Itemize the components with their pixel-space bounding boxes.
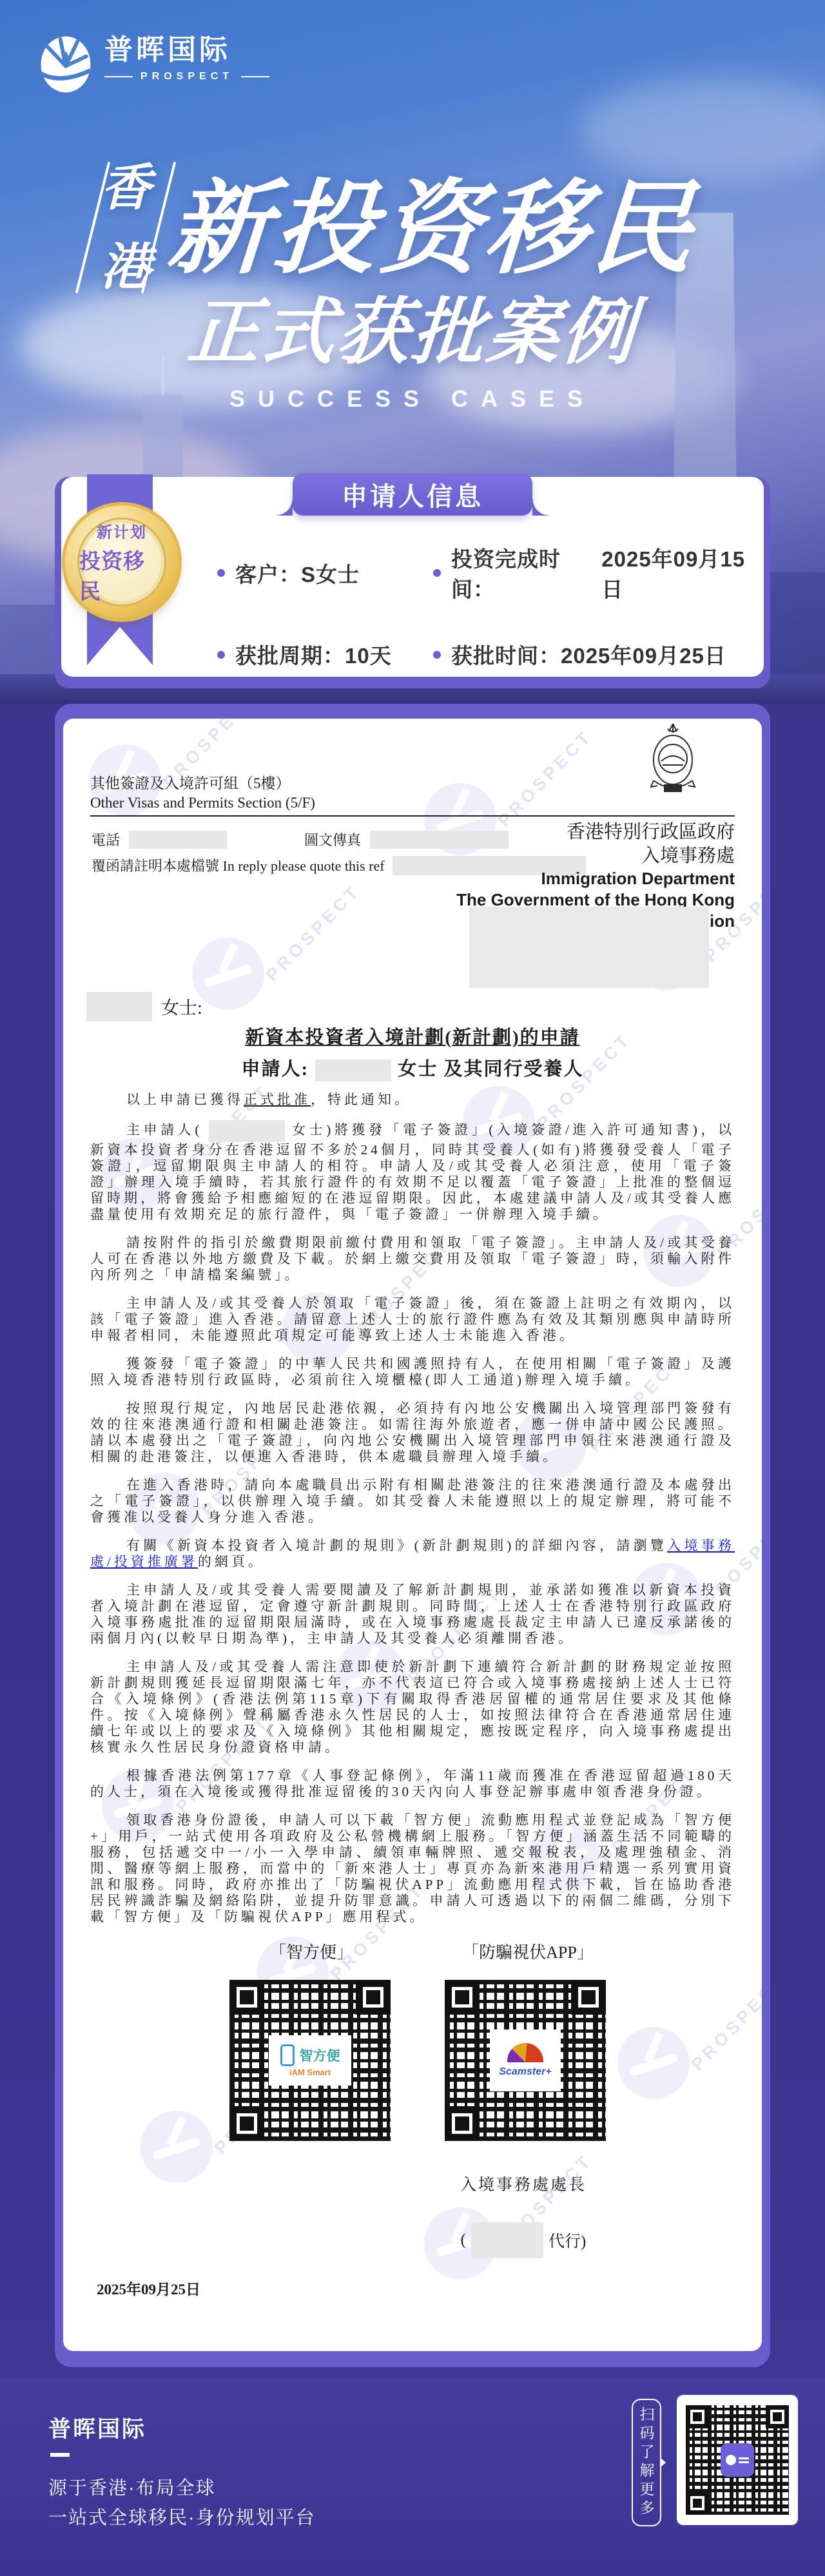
scameter-name: Scamster+ xyxy=(499,2066,551,2078)
paragraph-id-card: 根據香港法例第177章《人事登記條例》，年滿11歲而獲准在香港逗留超過180天的… xyxy=(90,1768,735,1800)
paragraph-validity: 主申請人及/或其受養人於領取「電子簽證」後，須在簽證上註明之有效期內，以該「電子… xyxy=(90,1295,735,1344)
info-card-header: 申请人信息 xyxy=(293,473,532,516)
bullet-icon xyxy=(433,651,441,659)
redacted-signature xyxy=(471,2222,543,2258)
field-value: 10天 xyxy=(345,639,392,670)
gold-medal-badge: 新计划 投资移民 xyxy=(65,505,179,619)
qr-code-labels: 「智方便」 「防騙視伏APP」 xyxy=(90,1939,735,1963)
hero-title-line2: 正式获批案例 xyxy=(0,275,825,378)
badge-line1: 新计划 xyxy=(97,519,147,542)
hero-title-line1: 新投资移民 xyxy=(164,147,767,293)
paragraph-evisa: 主申請人(女士)將獲發「電子簽證」(入境簽證/進入許可通知書)，以新資本投資者身… xyxy=(90,1120,735,1223)
footer-qr-code xyxy=(686,2405,789,2515)
gov-name-cn: 香港特別行政區政府 xyxy=(456,820,735,844)
brand-name: 普晖国际 xyxy=(104,35,269,66)
pp-close: 代行) xyxy=(548,2229,586,2252)
field-investment-date: 投资完成时间： 2025年09月15日 xyxy=(433,543,764,603)
redacted-recipient-address xyxy=(469,907,709,988)
approval-letter-document: PROSPECT PROSPECT PROSPECT PROSPECT PROS… xyxy=(63,719,762,2351)
field-label: 客户： xyxy=(235,558,301,588)
brand-name-en: PROSPECT xyxy=(141,71,233,82)
field-client: 客户： S女士 xyxy=(217,543,433,603)
letterhead-rule xyxy=(90,815,735,817)
section-name-en: Other Visas and Permits Section (5/F) xyxy=(90,793,315,813)
applicant-info-section: 申请人信息 新计划 投资移民 客户： S女士 投资完成时间： 2025年09月1… xyxy=(55,477,770,688)
ref-label: 覆函請註明本處檔號 In reply please quote this ref xyxy=(92,855,385,875)
dept-name-cn: 入境事務處 xyxy=(456,844,735,868)
letter-panel-backing: PROSPECT PROSPECT PROSPECT PROSPECT PROS… xyxy=(55,704,770,2367)
bullet-icon xyxy=(433,569,441,577)
brand-logo: 普晖国际 PROSPECT xyxy=(39,35,269,94)
field-value: S女士 xyxy=(301,558,360,588)
applicant-fields: 客户： S女士 投资完成时间： 2025年09月15日 获批周期： 10天 获批… xyxy=(217,543,764,670)
pp-open: ( xyxy=(461,2231,466,2249)
qr-code-row: 智方便 iAM Smart Scamster+ xyxy=(90,1980,735,2141)
signer-title: 入境事務處處長 xyxy=(420,2172,626,2195)
field-approval-period: 获批周期： 10天 xyxy=(217,639,433,670)
paragraph-mainland-permit: 按照現行規定，內地居民赴港依親，必須持有內地公安機關出入境管理部門簽發有效的往來… xyxy=(90,1400,735,1465)
redacted-applicant-name xyxy=(315,1060,391,1081)
footer-qr-logo xyxy=(721,2443,754,2477)
paragraph-iamsmart: 領取香港身份證後，申請人可以下載「智方便」流動應用程式並登記成為「智方便+」用戶… xyxy=(90,1812,735,1925)
section-name-cn: 其他簽證及入境許可組（5樓） xyxy=(90,774,315,793)
iamsmart-label: 「智方便」 xyxy=(231,1939,392,1963)
scameter-qr-code: Scamster+ xyxy=(445,1980,606,2141)
divider xyxy=(241,76,269,77)
footer: 普晖国际 源于香港·布局全球 一站式全球移民·身份规划平台 扫码了解更多 xyxy=(0,2378,825,2576)
applicant-line: 申請人:女士 及其同行受養人 xyxy=(90,1054,735,1081)
letter-section: PROSPECT PROSPECT PROSPECT PROSPECT PROS… xyxy=(0,704,825,2378)
iamsmart-cn: 智方便 xyxy=(300,2046,340,2065)
field-label: 获批时间： xyxy=(451,639,561,670)
gauge-icon xyxy=(507,2043,543,2062)
badge-line2: 投资移民 xyxy=(79,545,164,605)
field-value: 2025年09月15日 xyxy=(601,543,764,603)
scameter-logo: Scamster+ xyxy=(490,2029,561,2091)
redacted-recipient-name xyxy=(86,992,152,1022)
bullet-icon xyxy=(217,569,225,577)
phone-icon xyxy=(280,2044,295,2066)
paragraph-payment: 請按附件的指引於繳費期限前繳付費用和領取「電子簽證」。主申請人及/或其受養人可在… xyxy=(90,1235,735,1283)
paragraph-approval: 以上申請已獲得正式批准，特此通知。 xyxy=(90,1092,735,1108)
footer-qr-card xyxy=(677,2395,798,2525)
fax-label: 圖文傳真 xyxy=(304,829,361,849)
paragraph-prc-passport: 獲簽發「電子簽證」的中華人民共和國護照持有人，在使用相關「電子簽證」及護照入境香… xyxy=(90,1356,735,1388)
signature-block: 入境事務處處長 ( 代行) xyxy=(420,2172,626,2258)
letter-subject: 新資本投資者入境計劃(新計劃)的申請 xyxy=(90,1023,735,1049)
iamsmart-qr-code: 智方便 iAM Smart xyxy=(229,1980,391,2141)
footer-tagline-1: 源于香港·布局全球 xyxy=(48,2474,216,2500)
letterhead: 其他簽證及入境許可組（5樓） Other Visas and Permits S… xyxy=(90,719,735,1023)
brand-logo-icon xyxy=(39,35,93,94)
field-approval-date: 获批时间： 2025年09月25日 xyxy=(433,639,764,670)
field-value: 2025年09月25日 xyxy=(561,639,726,670)
brand-dot-icon xyxy=(726,2455,736,2465)
scan-hint-text: 扫码了解更多 xyxy=(636,2407,657,2519)
footer-divider xyxy=(50,2453,70,2457)
field-label: 获批周期： xyxy=(235,639,345,670)
hero-subtitle: SUCCESS CASES xyxy=(0,385,825,412)
applicant-info-card: 申请人信息 新计划 投资移民 客户： S女士 投资完成时间： 2025年09月1… xyxy=(61,477,764,677)
paragraph-undertaking: 主申請人及/或其受養人需要閱讀及了解新計劃規則，並承諾如獲准以新資本投資者入境計… xyxy=(90,1582,735,1647)
scan-hint-bubble: 扫码了解更多 xyxy=(632,2399,661,2526)
paragraph-permanent-residency: 主申請人及/或其受養人需注意即使於新計劃下連續符合新計劃的財務規定並按照新計劃規… xyxy=(90,1659,735,1756)
field-label: 投资完成时间： xyxy=(451,543,601,603)
immigration-department-emblem xyxy=(645,722,701,801)
letter-date: 2025年09月25日 xyxy=(90,2278,735,2299)
paragraph-entry: 在進入香港時，請向本處職員出示附有相關赴港簽注的往來港澳通行證及本處發出之「電子… xyxy=(90,1477,735,1525)
applicant-label: 申請人: xyxy=(242,1059,309,1080)
dept-name-en: Immigration Department xyxy=(456,868,735,889)
bullet-icon xyxy=(217,651,225,659)
footer-brand: 普晖国际 xyxy=(48,2412,146,2444)
scameter-label: 「防騙視伏APP」 xyxy=(447,1939,608,1963)
iamsmart-en: iAM Smart xyxy=(289,2068,331,2077)
divider xyxy=(104,76,133,77)
phone-label: 電話 xyxy=(92,829,120,849)
applicant-suffix: 女士 及其同行受養人 xyxy=(398,1059,583,1080)
redacted-applicant-name xyxy=(209,1120,285,1142)
redacted-phone xyxy=(129,831,227,849)
footer-tagline-2: 一站式全球移民·身份规划平台 xyxy=(48,2503,316,2530)
paragraph-rules-link: 有關《新資本投資者入境計劃的規則》(新計劃規則)的詳細內容，請瀏覽入境事務處/投… xyxy=(90,1538,735,1570)
iamsmart-logo: 智方便 iAM Smart xyxy=(269,2035,351,2086)
salutation-text: 女士: xyxy=(161,994,202,1020)
